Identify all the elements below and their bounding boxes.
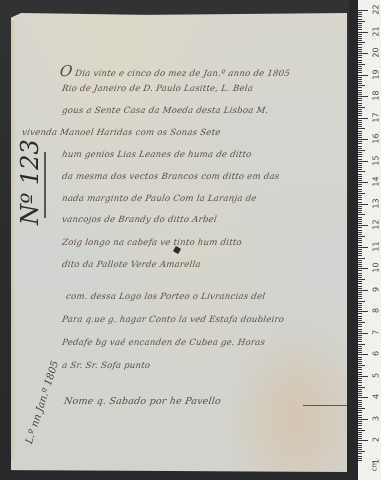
ruler-tick xyxy=(358,320,362,321)
ruler-tick xyxy=(358,294,362,295)
ruler-tick xyxy=(358,44,362,45)
ruler-tick xyxy=(358,365,365,366)
ruler-tick xyxy=(358,460,362,461)
ruler-tick xyxy=(358,374,362,375)
ruler-label: 22 xyxy=(372,3,381,17)
ruler-tick xyxy=(358,34,362,35)
ruler-tick xyxy=(358,178,362,179)
ruler-unit-label: cm xyxy=(370,461,378,472)
ruler-tick xyxy=(358,27,362,28)
ruler-tick xyxy=(358,326,362,327)
ruler-tick xyxy=(358,193,365,194)
ruler-label: 11 xyxy=(372,239,381,253)
ruler-tick xyxy=(358,64,365,65)
ruler-tick xyxy=(358,29,362,30)
ruler-tick xyxy=(358,339,362,340)
ruler-tick xyxy=(358,393,362,394)
ruler-tick xyxy=(358,359,362,360)
ruler-tick xyxy=(358,402,362,403)
ruler-tick xyxy=(358,316,362,317)
ruler-tick xyxy=(358,225,368,226)
ruler-tick xyxy=(358,90,362,91)
ruler-tick xyxy=(358,404,362,405)
ruler-tick xyxy=(358,70,362,71)
ruler-tick xyxy=(358,169,362,170)
ruler-tick xyxy=(358,81,362,82)
ruler-tick xyxy=(358,111,362,112)
ruler-tick xyxy=(358,107,365,108)
ruler-tick xyxy=(358,128,365,129)
ruler-tick xyxy=(358,266,362,267)
line-text: com. dessa Logo los Porteo o Livrancias … xyxy=(65,292,266,302)
ruler-tick xyxy=(358,443,362,444)
ruler-tick xyxy=(358,430,365,431)
ruler-label: 19 xyxy=(372,67,381,81)
ruler-tick xyxy=(358,83,362,84)
ruler-tick xyxy=(358,385,362,386)
ruler-tick xyxy=(358,103,362,104)
ruler-tick xyxy=(358,133,362,134)
ruler-tick xyxy=(358,335,362,336)
ruler-tick xyxy=(358,333,368,334)
ruler-tick xyxy=(358,447,362,448)
ruler-tick xyxy=(358,79,362,80)
ruler-tick xyxy=(358,292,362,293)
ruler-tick xyxy=(358,238,362,239)
ruler-tick xyxy=(358,180,362,181)
ruler-tick xyxy=(358,115,362,116)
ruler-tick xyxy=(358,367,362,368)
ruler-tick xyxy=(358,98,362,99)
line-text: Dia vinte e cinco do mez de Jan.º anno d… xyxy=(74,69,290,79)
decorative-initial: O xyxy=(59,62,74,80)
ruler-tick xyxy=(358,387,365,388)
ruler-tick xyxy=(358,141,362,142)
ruler-tick xyxy=(358,38,362,39)
ruler-tick xyxy=(358,159,362,160)
ruler-tick xyxy=(358,303,362,304)
ruler-tick xyxy=(358,456,362,457)
ruler-shadow-edge xyxy=(349,0,358,480)
ruler-tick xyxy=(358,210,362,211)
ruler-tick xyxy=(358,305,362,306)
ruler-tick xyxy=(358,406,362,407)
ruler-tick xyxy=(358,410,362,411)
ruler-tick xyxy=(358,199,362,200)
ruler-tick xyxy=(358,253,362,254)
ruler-tick xyxy=(358,75,368,76)
ruler-tick xyxy=(358,408,365,409)
ruler-tick xyxy=(358,167,362,168)
ruler-tick xyxy=(358,66,362,67)
ruler-tick xyxy=(358,451,365,452)
ruler-tick xyxy=(358,445,362,446)
ruler-tick xyxy=(358,400,362,401)
ruler-tick xyxy=(358,453,362,454)
body-line-6: da mesma dos vectos Brancos com ditto em… xyxy=(61,172,280,182)
ruler-tick xyxy=(358,419,368,420)
ruler-label: 5 xyxy=(372,368,381,382)
ruler-tick xyxy=(358,126,362,127)
ruler-tick xyxy=(358,423,362,424)
ruler-tick xyxy=(358,307,362,308)
ruler-tick xyxy=(358,12,362,13)
ruler-tick xyxy=(358,290,368,291)
ruler-tick xyxy=(358,204,368,205)
ruler-tick xyxy=(358,372,362,373)
ruler-tick xyxy=(358,191,362,192)
ruler-tick xyxy=(358,131,362,132)
ruler-tick xyxy=(358,301,365,302)
ruler-tick xyxy=(358,23,362,24)
ruler-tick xyxy=(358,223,362,224)
ruler-tick xyxy=(358,288,362,289)
ruler-tick xyxy=(358,369,362,370)
ruler-tick xyxy=(358,221,362,222)
ruler-tick xyxy=(358,415,362,416)
ruler-tick xyxy=(358,184,362,185)
ruler-tick xyxy=(358,346,362,347)
ruler-tick xyxy=(358,395,362,396)
ruler-tick xyxy=(358,350,362,351)
ruler-tick xyxy=(358,197,362,198)
ruler-tick xyxy=(358,96,368,97)
ruler-tick xyxy=(358,182,368,183)
ruler-tick xyxy=(358,143,362,144)
ruler-tick xyxy=(358,171,365,172)
ruler-tick xyxy=(358,113,362,114)
ruler-tick xyxy=(358,428,362,429)
ruler-tick xyxy=(358,42,365,43)
ruler-tick xyxy=(358,458,362,459)
ruler-tick xyxy=(358,296,362,297)
ruler-tick xyxy=(358,389,362,390)
ruler-tick xyxy=(358,324,362,325)
ruler-tick xyxy=(358,251,362,252)
ruler-tick xyxy=(358,217,362,218)
ruler-tick xyxy=(358,449,362,450)
ruler-tick xyxy=(358,92,362,93)
ruler-tick xyxy=(358,270,362,271)
ruler-label: 10 xyxy=(372,261,381,275)
ruler-label: 7 xyxy=(372,325,381,339)
ruler-tick xyxy=(358,412,362,413)
ruler-tick xyxy=(358,438,362,439)
ruler-tick xyxy=(358,53,368,54)
ruler-tick xyxy=(358,174,362,175)
ruler-tick xyxy=(358,68,362,69)
ruler-tick xyxy=(358,313,362,314)
signature-line: Nome q. Sabado por he Pavello xyxy=(63,396,221,407)
ruler-tick xyxy=(358,19,362,20)
ruler-tick xyxy=(358,277,362,278)
margin-catalog-number: Nº 123 xyxy=(16,139,44,225)
ruler-tick xyxy=(358,397,368,398)
ruler-tick xyxy=(358,135,362,136)
ruler-tick xyxy=(358,286,362,287)
ruler-tick xyxy=(358,85,365,86)
ruler-tick xyxy=(358,240,362,241)
ruler-tick xyxy=(358,249,362,250)
ruler-tick xyxy=(358,122,362,123)
ruler-tick xyxy=(358,21,365,22)
ruler-tick xyxy=(358,47,362,48)
body-line-7: nada marginto de Paulo Com la Laranja de xyxy=(61,194,257,204)
ruler-label: 3 xyxy=(372,411,381,425)
body-line-12: Para q.ue g. hagar Conto la ved Estafa d… xyxy=(61,315,284,325)
ruler-tick xyxy=(358,189,362,190)
ruler-tick xyxy=(358,219,362,220)
ruler-tick xyxy=(358,268,368,269)
body-line-14: a Sr. Sr. Sofa punto xyxy=(61,361,151,371)
ruler-label: 13 xyxy=(372,196,381,210)
ruler-tick xyxy=(358,234,362,235)
body-line-9: Zoig longo na cabefa ve tinto hum ditto xyxy=(61,238,242,248)
ruler-tick xyxy=(358,262,362,263)
ruler-tick xyxy=(358,255,362,256)
ruler-tick xyxy=(358,14,362,15)
ruler-tick xyxy=(358,202,362,203)
ruler-tick xyxy=(358,94,362,95)
ruler-tick xyxy=(358,363,362,364)
ruler-label: 6 xyxy=(372,347,381,361)
ruler-tick xyxy=(358,156,362,157)
ruler-tick xyxy=(358,283,362,284)
ruler-tick xyxy=(358,72,362,73)
ruler-tick xyxy=(358,195,362,196)
ruler-tick xyxy=(358,232,362,233)
ruler-tick xyxy=(358,109,362,110)
signature-rule xyxy=(303,405,347,406)
ruler-tick xyxy=(358,148,362,149)
ruler-tick xyxy=(358,161,368,162)
ruler-tick xyxy=(358,230,362,231)
ruler-tick xyxy=(358,425,362,426)
ruler-tick xyxy=(358,341,362,342)
body-line-2: Rio de Janeiro de D. Paulo Lasitte, L. B… xyxy=(61,84,253,94)
ruler-tick xyxy=(358,100,362,101)
ruler-label: 21 xyxy=(372,24,381,38)
ruler-tick xyxy=(358,354,368,355)
ruler-tick xyxy=(358,260,362,261)
ruler-tick xyxy=(358,245,362,246)
ruler-tick xyxy=(358,279,365,280)
ruler-tick xyxy=(358,275,362,276)
ruler-tick xyxy=(358,273,362,274)
ruler-label: 16 xyxy=(372,132,381,146)
ruler-tick xyxy=(358,146,362,147)
body-line-5: hum genios Lias Leanes de huma de ditto xyxy=(61,150,252,160)
ruler-tick xyxy=(358,329,362,330)
ruler-label: 20 xyxy=(372,46,381,60)
body-line-4: vivenda Manoel Haridas com os Sonas Sete xyxy=(21,128,221,138)
body-line-1: O Dia vinte e cinco do mez de Jan.º anno… xyxy=(59,62,292,80)
ruler-tick xyxy=(358,87,362,88)
ruler-tick xyxy=(358,352,362,353)
ruler-tick xyxy=(358,139,368,140)
ruler-tick xyxy=(358,382,362,383)
ruler-tick xyxy=(358,434,362,435)
ruler-label: 2 xyxy=(372,433,381,447)
ruler-tick xyxy=(358,152,362,153)
ruler-tick xyxy=(358,10,368,11)
body-line-8: vancojos de Brandy do ditto Arbel xyxy=(61,215,217,225)
ruler-label: 9 xyxy=(372,282,381,296)
ruler-tick xyxy=(358,124,362,125)
ruler-tick xyxy=(358,25,362,26)
ruler-tick xyxy=(358,105,362,106)
ruler-tick xyxy=(358,40,362,41)
ruler-tick xyxy=(358,60,362,61)
body-line-11: com. dessa Logo los Porteo o Livrancias … xyxy=(65,292,266,302)
ruler-tick xyxy=(358,242,362,243)
ruler-tick xyxy=(358,264,362,265)
ruler-tick xyxy=(358,163,362,164)
ruler-tick xyxy=(358,227,362,228)
ruler-label: 14 xyxy=(372,175,381,189)
ruler-tick xyxy=(358,337,362,338)
ruler-tick xyxy=(358,212,362,213)
ruler-tick xyxy=(358,208,362,209)
ruler-tick xyxy=(358,322,365,323)
ruler-tick xyxy=(358,376,368,377)
ruler-tick xyxy=(358,311,368,312)
ruler-label: 15 xyxy=(372,153,381,167)
ruler-tick xyxy=(358,344,365,345)
ruler-tick xyxy=(358,417,362,418)
ruler-label: 12 xyxy=(372,218,381,232)
ruler-tick xyxy=(358,214,365,215)
ruler-tick xyxy=(358,176,362,177)
ruler-tick xyxy=(358,436,362,437)
paper-edge-stain xyxy=(11,20,16,460)
ruler-tick xyxy=(358,380,362,381)
ruler-tick xyxy=(358,137,362,138)
ruler-tick xyxy=(358,361,362,362)
ruler-tick xyxy=(358,55,362,56)
ruler-tick xyxy=(358,298,362,299)
ruler-label: 8 xyxy=(372,304,381,318)
ruler-tick xyxy=(358,357,362,358)
ruler-tick xyxy=(358,421,362,422)
ruler-tick xyxy=(358,378,362,379)
ruler-tick xyxy=(358,32,368,33)
ruler-tick xyxy=(358,348,362,349)
ruler-tick xyxy=(358,57,362,58)
margin-bracket xyxy=(44,152,46,218)
ruler-tick xyxy=(358,186,362,187)
ruler-tick xyxy=(358,206,362,207)
ruler-tick xyxy=(358,236,365,237)
body-line-13: Pedafe bg vaé encanden de Cubea ge. Hora… xyxy=(61,338,265,348)
ruler-tick xyxy=(358,16,362,17)
ruler-tick xyxy=(358,36,362,37)
ruler-tick xyxy=(358,309,362,310)
ruler-tick xyxy=(358,331,362,332)
ruler-tick xyxy=(358,118,368,119)
ruler-tick xyxy=(358,318,362,319)
ruler-tick xyxy=(358,258,365,259)
ruler-tick xyxy=(358,432,362,433)
ruler-tick xyxy=(358,440,368,441)
ruler-tick xyxy=(358,49,362,50)
ruler-tick xyxy=(358,391,362,392)
ruler-label: 4 xyxy=(372,390,381,404)
ruler-tick xyxy=(358,247,368,248)
ruler-tick xyxy=(358,165,362,166)
ruler-tick xyxy=(358,281,362,282)
ruler-tick xyxy=(358,154,362,155)
ruler-tick xyxy=(358,120,362,121)
ruler-label: 18 xyxy=(372,89,381,103)
ruler-tick xyxy=(358,150,365,151)
body-line-10: dito da Pallote Verde Amarella xyxy=(61,260,201,270)
body-line-3: gous a Sente Casa da Moeda desta Lisboa … xyxy=(61,106,269,116)
ruler-label: 17 xyxy=(372,110,381,124)
ruler-tick xyxy=(358,51,362,52)
ruler-tick xyxy=(358,62,362,63)
ruler-tick xyxy=(358,77,362,78)
